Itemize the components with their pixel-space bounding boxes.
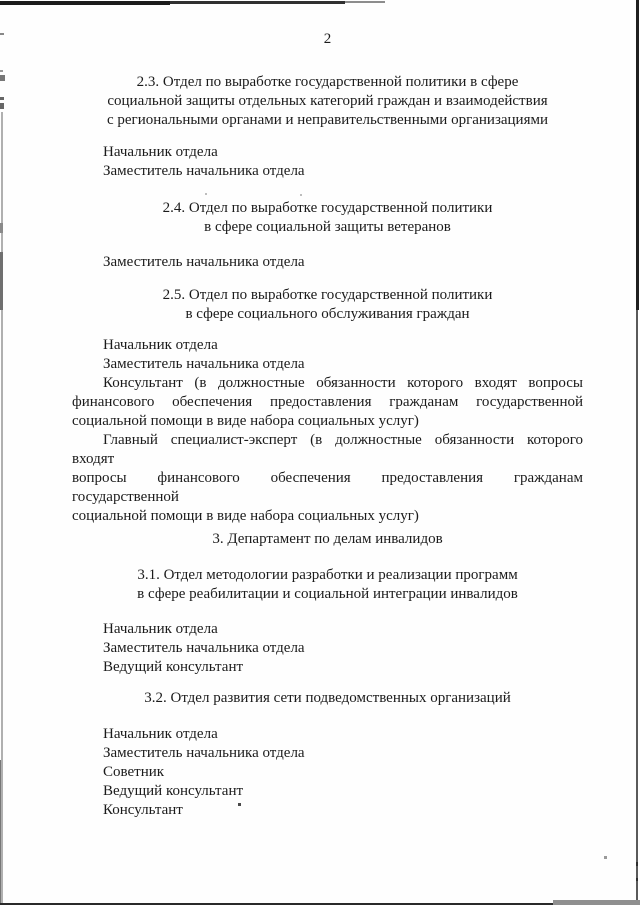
position-item: Начальник отдела — [72, 336, 583, 355]
scan-artifact-right-edge-dark — [636, 0, 639, 310]
position-item: Заместитель начальника отдела — [72, 744, 583, 763]
heading-line: 3.1. Отдел методологии разработки и реал… — [72, 566, 583, 585]
scan-artifact-left-edge-segment — [0, 252, 3, 310]
position-item: Ведущий консультант — [72, 658, 583, 677]
paragraph-line: финансового обеспечения предоставления г… — [72, 393, 583, 412]
scan-artifact-top-edge-light — [345, 1, 385, 3]
position-item: Заместитель начальника отдела — [72, 162, 583, 181]
section-2-5-heading: 2.5. Отдел по выработке государственной … — [72, 286, 583, 324]
position-item: Начальник отдела — [72, 143, 583, 162]
paragraph-consultant: Консультант (в должностные обязанности к… — [72, 374, 583, 431]
section-2-3-heading: 2.3. Отдел по выработке государственной … — [72, 73, 583, 130]
paragraph-line: Консультант (в должностные обязанности к… — [72, 374, 583, 393]
heading-line: 2.5. Отдел по выработке государственной … — [72, 286, 583, 305]
section-3-2-heading: 3.2. Отдел развития сети подведомственны… — [72, 689, 583, 708]
section-2-3-positions: Начальник отдела Заместитель начальника … — [72, 143, 583, 181]
section-3-1-heading: 3.1. Отдел методологии разработки и реал… — [72, 566, 583, 604]
document-content: 2 2.3. Отдел по выработке государственно… — [72, 30, 583, 820]
scan-artifact-right-edge-gray — [636, 310, 638, 900]
heading-line: социальной защиты отдельных категорий гр… — [72, 92, 583, 111]
scan-artifact-left-edge-segment — [0, 223, 3, 233]
section-3-1-positions: Начальник отдела Заместитель начальника … — [72, 620, 583, 677]
section-3-heading: 3. Департамент по делам инвалидов — [72, 530, 583, 549]
scan-artifact-left-dash — [0, 70, 3, 72]
position-item: Заместитель начальника отдела — [72, 639, 583, 658]
section-3-2-positions: Начальник отдела Заместитель начальника … — [72, 725, 583, 820]
scan-artifact-left-mark — [0, 103, 4, 109]
section-2-4-heading: 2.4. Отдел по выработке государственной … — [72, 199, 583, 237]
heading-line: с региональными органами и неправительст… — [72, 111, 583, 130]
paragraph-line: Главный специалист-эксперт (в должностны… — [72, 431, 583, 469]
paragraph-line: вопросы финансового обеспечения предоста… — [72, 469, 583, 507]
position-item: Советник — [72, 763, 583, 782]
position-item: Ведущий консультант — [72, 782, 583, 801]
scan-artifact-top-edge-dark — [0, 1, 170, 5]
section-2-4-positions: Заместитель начальника отдела — [72, 253, 583, 272]
heading-line: в сфере социальной защиты ветеранов — [72, 218, 583, 237]
heading-line: 3. Департамент по делам инвалидов — [72, 530, 583, 549]
position-item: Заместитель начальника отдела — [72, 355, 583, 374]
position-item: Заместитель начальника отдела — [72, 253, 583, 272]
scan-speck — [604, 856, 607, 859]
heading-line: 2.4. Отдел по выработке государственной … — [72, 199, 583, 218]
position-item: Консультант — [72, 801, 583, 820]
scan-artifact-left-square — [0, 75, 5, 81]
scan-artifact-right-edge-dot — [636, 878, 638, 881]
position-item: Начальник отдела — [72, 725, 583, 744]
heading-line: 3.2. Отдел развития сети подведомственны… — [72, 689, 583, 708]
heading-line: 2.3. Отдел по выработке государственной … — [72, 73, 583, 92]
scan-artifact-bottom-edge-gray — [553, 900, 640, 905]
page-number: 2 — [72, 30, 583, 49]
paragraph-line: социальной помощи в виде набора социальн… — [72, 412, 583, 431]
scan-artifact-left-mark — [0, 97, 4, 100]
position-item: Начальник отдела — [72, 620, 583, 639]
heading-line: в сфере социального обслуживания граждан — [72, 305, 583, 324]
document-page: 2 2.3. Отдел по выработке государственно… — [0, 0, 640, 905]
paragraph-line: социальной помощи в виде набора социальн… — [72, 507, 583, 526]
scan-artifact-left-edge-double — [0, 760, 1, 905]
scan-artifact-right-edge-dot — [636, 862, 638, 866]
scan-artifact-top-edge-mid — [170, 1, 345, 4]
scan-artifact-left-dash — [0, 33, 4, 35]
paragraph-chief-specialist: Главный специалист-эксперт (в должностны… — [72, 431, 583, 526]
section-2-5-positions: Начальник отдела Заместитель начальника … — [72, 336, 583, 374]
heading-line: в сфере реабилитации и социальной интегр… — [72, 585, 583, 604]
